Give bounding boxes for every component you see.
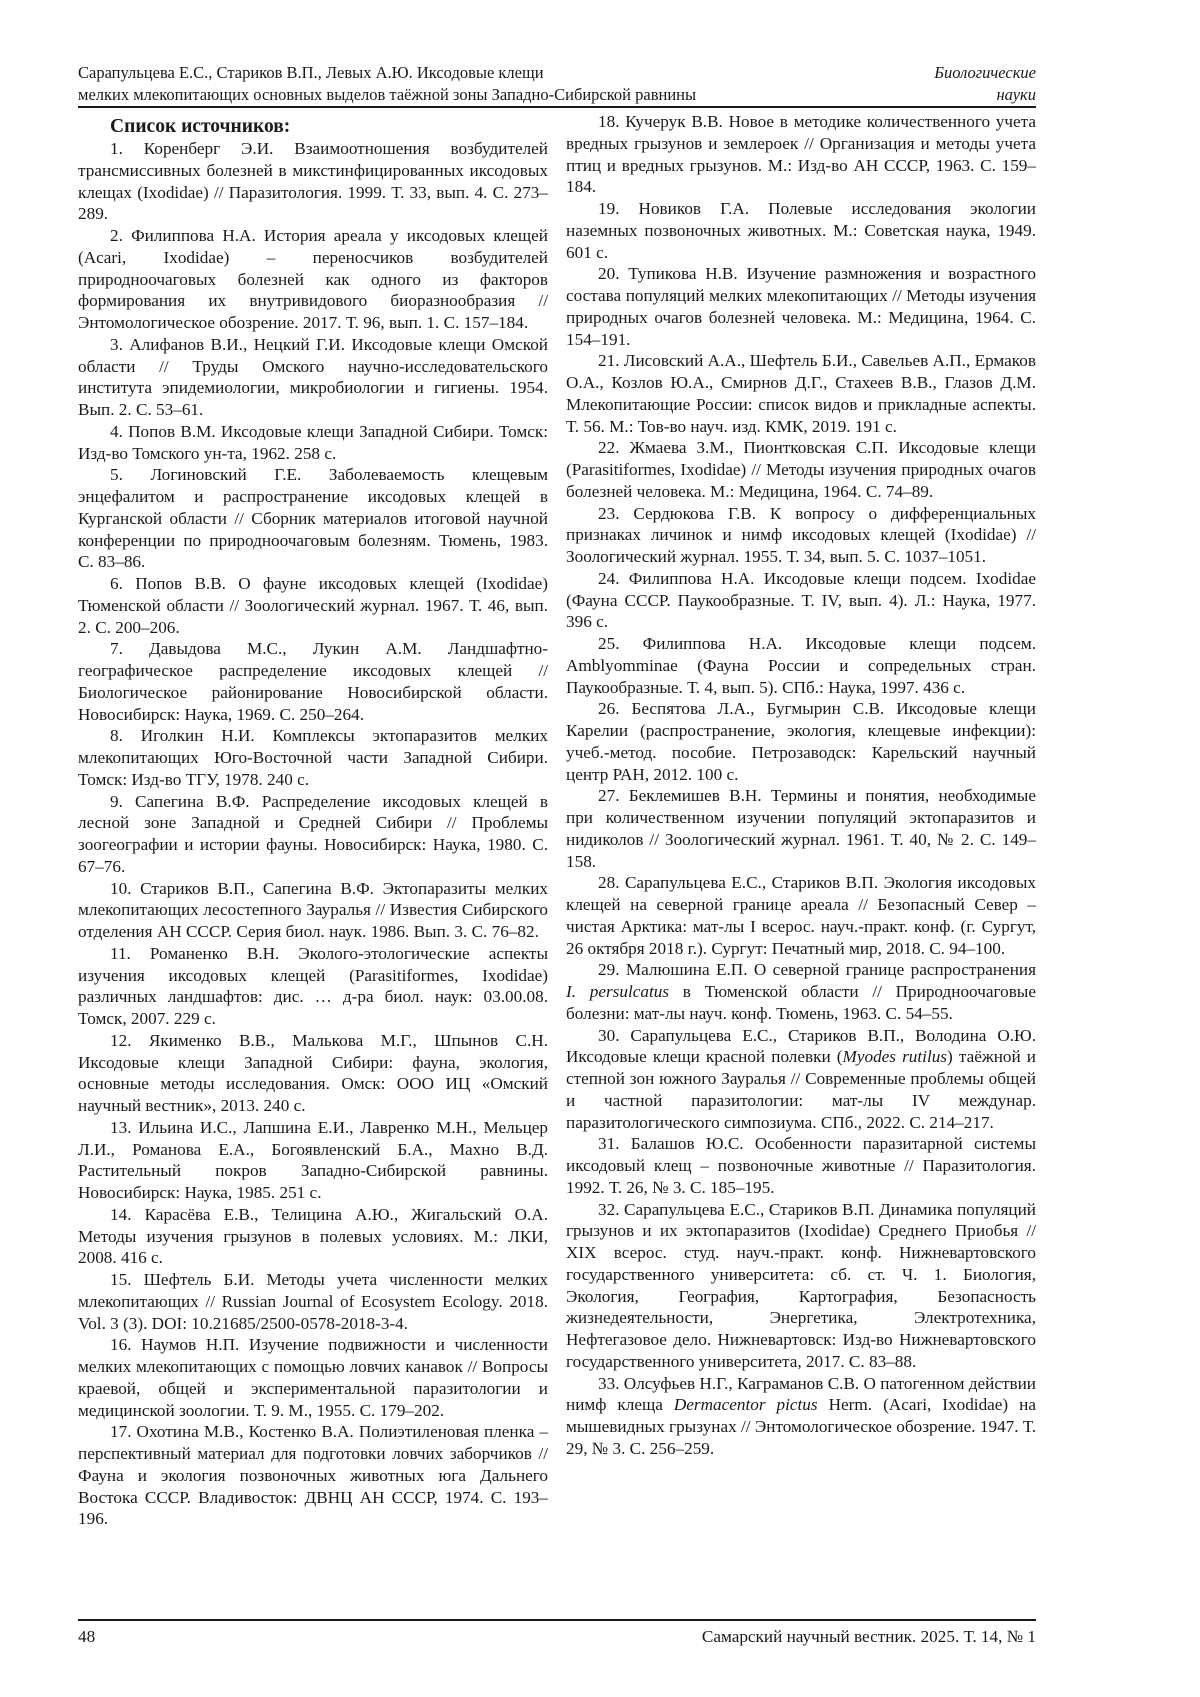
reference-item: 22. Жмаева З.М., Пионтковская С.П. Иксод… [566,437,1036,502]
reference-item: 13. Ильина И.С., Лапшина Е.И., Лавренко … [78,1117,548,1204]
reference-item: 27. Беклемишев В.Н. Термины и понятия, н… [566,785,1036,872]
reference-item: 8. Иголкин Н.И. Комплексы эктопаразитов … [78,725,548,790]
reference-item: 12. Якименко В.В., Малькова М.Г., Шпынов… [78,1030,548,1117]
page-number: 48 [78,1626,95,1648]
section-title: Список источников: [78,115,548,139]
reference-item: 6. Попов В.В. О фауне иксодовых клещей (… [78,573,548,638]
reference-item: 25. Филиппова Н.А. Иксодовые клещи подсе… [566,633,1036,698]
reference-item: 3. Алифанов В.И., Нецкий Г.И. Иксодовые … [78,334,548,421]
reference-item: 28. Сарапульцева Е.С., Стариков В.П. Эко… [566,872,1036,959]
reference-item: 31. Балашов Ю.С. Особенности паразитарно… [566,1133,1036,1198]
reference-item: 15. Шефтель Б.И. Методы учета численност… [78,1269,548,1334]
header-rule [78,106,1036,108]
references-column-left: Список источников: 1. Коренберг Э.И. Вза… [78,111,548,1530]
reference-item: 4. Попов В.М. Иксодовые клещи Западной С… [78,421,548,465]
running-head-line-1: Сарапульцева Е.С., Стариков В.П., Левых … [78,62,878,84]
reference-item: 16. Наумов Н.П. Изучение подвижности и ч… [78,1334,548,1421]
reference-item: 29. Малюшина Е.П. О северной границе рас… [566,959,1036,1024]
section-name-line-2: науки [934,84,1036,106]
reference-item: 18. Кучерук В.В. Новое в методике количе… [566,111,1036,198]
running-head-section: Биологические науки [934,62,1036,106]
reference-item: 19. Новиков Г.А. Полевые исследования эк… [566,198,1036,263]
reference-item: 14. Карасёва Е.В., Телицина А.Ю., Жигаль… [78,1204,548,1269]
reference-text-pre: 29. Малюшина Е.П. О северной границе рас… [598,960,1036,979]
reference-item: 1. Коренберг Э.И. Взаимоотношения возбуд… [78,138,548,225]
reference-item: 33. Олсуфьев Н.Г., Каграманов С.В. О пат… [566,1373,1036,1460]
species-name-italic: Dermacentor pictus [674,1395,818,1414]
reference-item: 20. Тупикова Н.В. Изучение размножения и… [566,263,1036,350]
reference-item: 7. Давыдова М.С., Лукин А.М. Ландшафтно-… [78,638,548,725]
footer-rule [78,1619,1036,1621]
document-page: Сарапульцева Е.С., Стариков В.П., Левых … [0,0,1200,1697]
species-name-italic: I. persulcatus [566,982,669,1001]
reference-item: 26. Беспятова Л.А., Бугмырин С.В. Иксодо… [566,698,1036,785]
reference-item: 23. Сердюкова Г.В. К вопросу о дифференц… [566,503,1036,568]
reference-item: 10. Стариков В.П., Сапегина В.Ф. Эктопар… [78,878,548,943]
reference-item: 5. Логиновский Г.Е. Заболеваемость клеще… [78,464,548,573]
running-head-authors-title: Сарапульцева Е.С., Стариков В.П., Левых … [78,62,878,106]
reference-item: 11. Романенко В.Н. Эколого-этологические… [78,943,548,1030]
reference-item: 24. Филиппова Н.А. Иксодовые клещи подсе… [566,568,1036,633]
reference-item: 30. Сарапульцева Е.С., Стариков В.П., Во… [566,1025,1036,1134]
references-column-right: 18. Кучерук В.В. Новое в методике количе… [566,111,1036,1460]
section-name-line-1: Биологические [934,62,1036,84]
journal-citation: Самарский научный вестник. 2025. Т. 14, … [702,1626,1036,1648]
reference-item: 17. Охотина М.В., Костенко В.А. Полиэтил… [78,1421,548,1530]
reference-item: 9. Сапегина В.Ф. Распределение иксодовых… [78,791,548,878]
reference-item: 21. Лисовский А.А., Шефтель Б.И., Савель… [566,350,1036,437]
species-name-italic: Myodes rutilus [843,1047,947,1066]
reference-item: 32. Сарапульцева Е.С., Стариков В.П. Дин… [566,1199,1036,1373]
running-head-line-2: мелких млекопитающих основных выделов та… [78,84,878,106]
reference-item: 2. Филиппова Н.А. История ареала у иксод… [78,225,548,334]
